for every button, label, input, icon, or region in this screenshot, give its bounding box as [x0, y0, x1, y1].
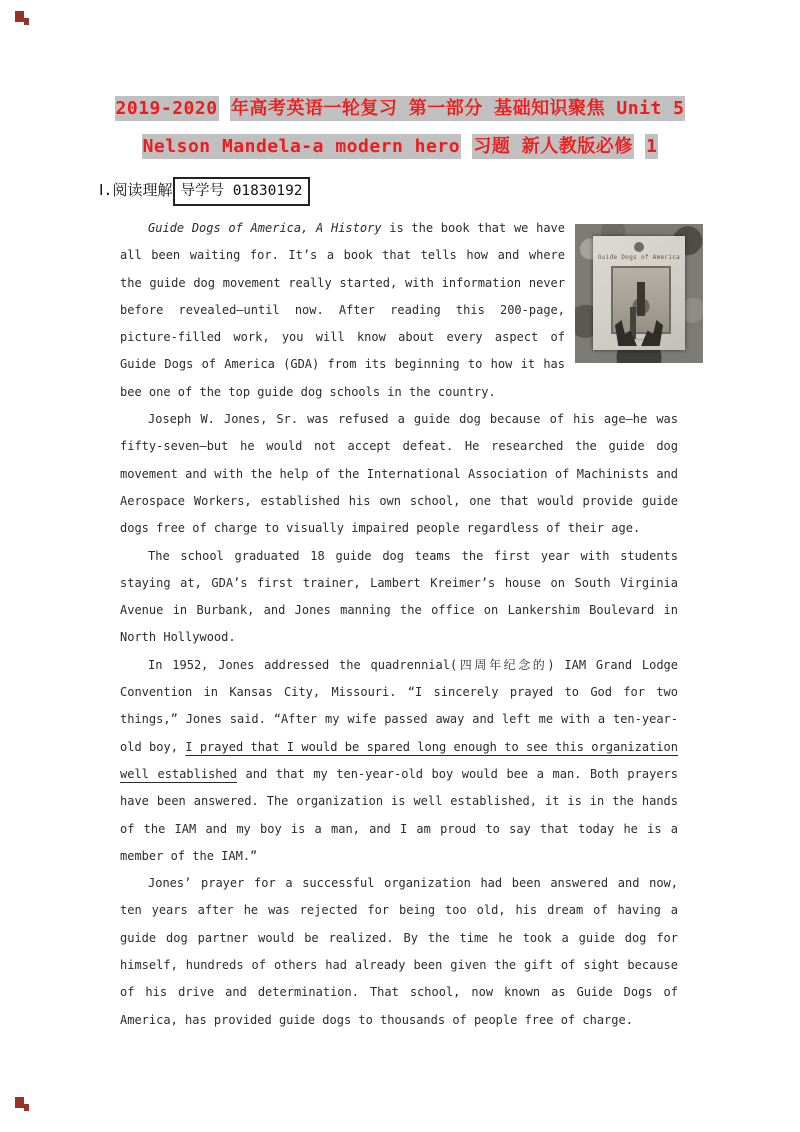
document-page: 2019-2020 年高考英语一轮复习 第一部分 基础知识聚焦 Unit 5Ne…	[0, 0, 800, 1132]
book-cover: Guide Dogs of America ――――	[593, 236, 685, 350]
title-highlight-segment: 年高考英语一轮复习 第一部分 基础知识聚焦 Unit 5	[230, 96, 686, 121]
text-segment: and that my ten-year-old boy would bee a…	[120, 767, 678, 863]
section-label: Ⅰ.阅读理解	[99, 181, 172, 199]
book-cover-title: Guide Dogs of America	[593, 254, 685, 261]
title-line: Nelson Mandela-a modern hero 习题 新人教版必修 1	[0, 128, 800, 166]
article-paragraph: Joseph W. Jones, Sr. was refused a guide…	[120, 406, 678, 542]
title-gap-segment	[461, 134, 472, 159]
title-highlight-segment: Nelson Mandela-a modern hero	[142, 134, 461, 159]
text-segment: Joseph W. Jones, Sr. was refused a guide…	[120, 412, 678, 535]
text-segment: Guide Dogs of America, A History	[148, 221, 382, 235]
gda-logo-icon	[634, 242, 644, 252]
title-highlight-segment: 2019-2020	[115, 96, 219, 121]
book-cover-caption: ――――	[593, 337, 685, 343]
article-paragraph: In 1952, Jones addressed the quadrennial…	[120, 652, 678, 870]
title-gap-segment	[219, 96, 230, 121]
book-cover-photo: Guide Dogs of America ――――	[575, 224, 703, 363]
article-paragraph: Jones’ prayer for a successful organizat…	[120, 870, 678, 1034]
guide-number-box: 导学号 01830192	[173, 177, 309, 206]
document-title: 2019-2020 年高考英语一轮复习 第一部分 基础知识聚焦 Unit 5Ne…	[0, 0, 800, 166]
corner-watermark-top	[15, 11, 24, 22]
title-line: 2019-2020 年高考英语一轮复习 第一部分 基础知识聚焦 Unit 5	[0, 90, 800, 128]
corner-watermark-bottom	[15, 1097, 24, 1108]
section-row: Ⅰ.阅读理解导学号 01830192	[99, 177, 800, 206]
article-paragraph: The school graduated 18 guide dog teams …	[120, 543, 678, 652]
title-highlight-segment: 1	[645, 134, 658, 159]
article-body: Guide Dogs of America ―――― Guide Dogs of…	[120, 215, 678, 1034]
text-segment: The school graduated 18 guide dog teams …	[120, 549, 678, 645]
text-segment: Jones’ prayer for a successful organizat…	[120, 876, 678, 1026]
title-gap-segment	[634, 134, 645, 159]
title-highlight-segment: 习题 新人教版必修	[472, 134, 633, 159]
text-segment: is the book that we have all been waitin…	[120, 221, 565, 399]
